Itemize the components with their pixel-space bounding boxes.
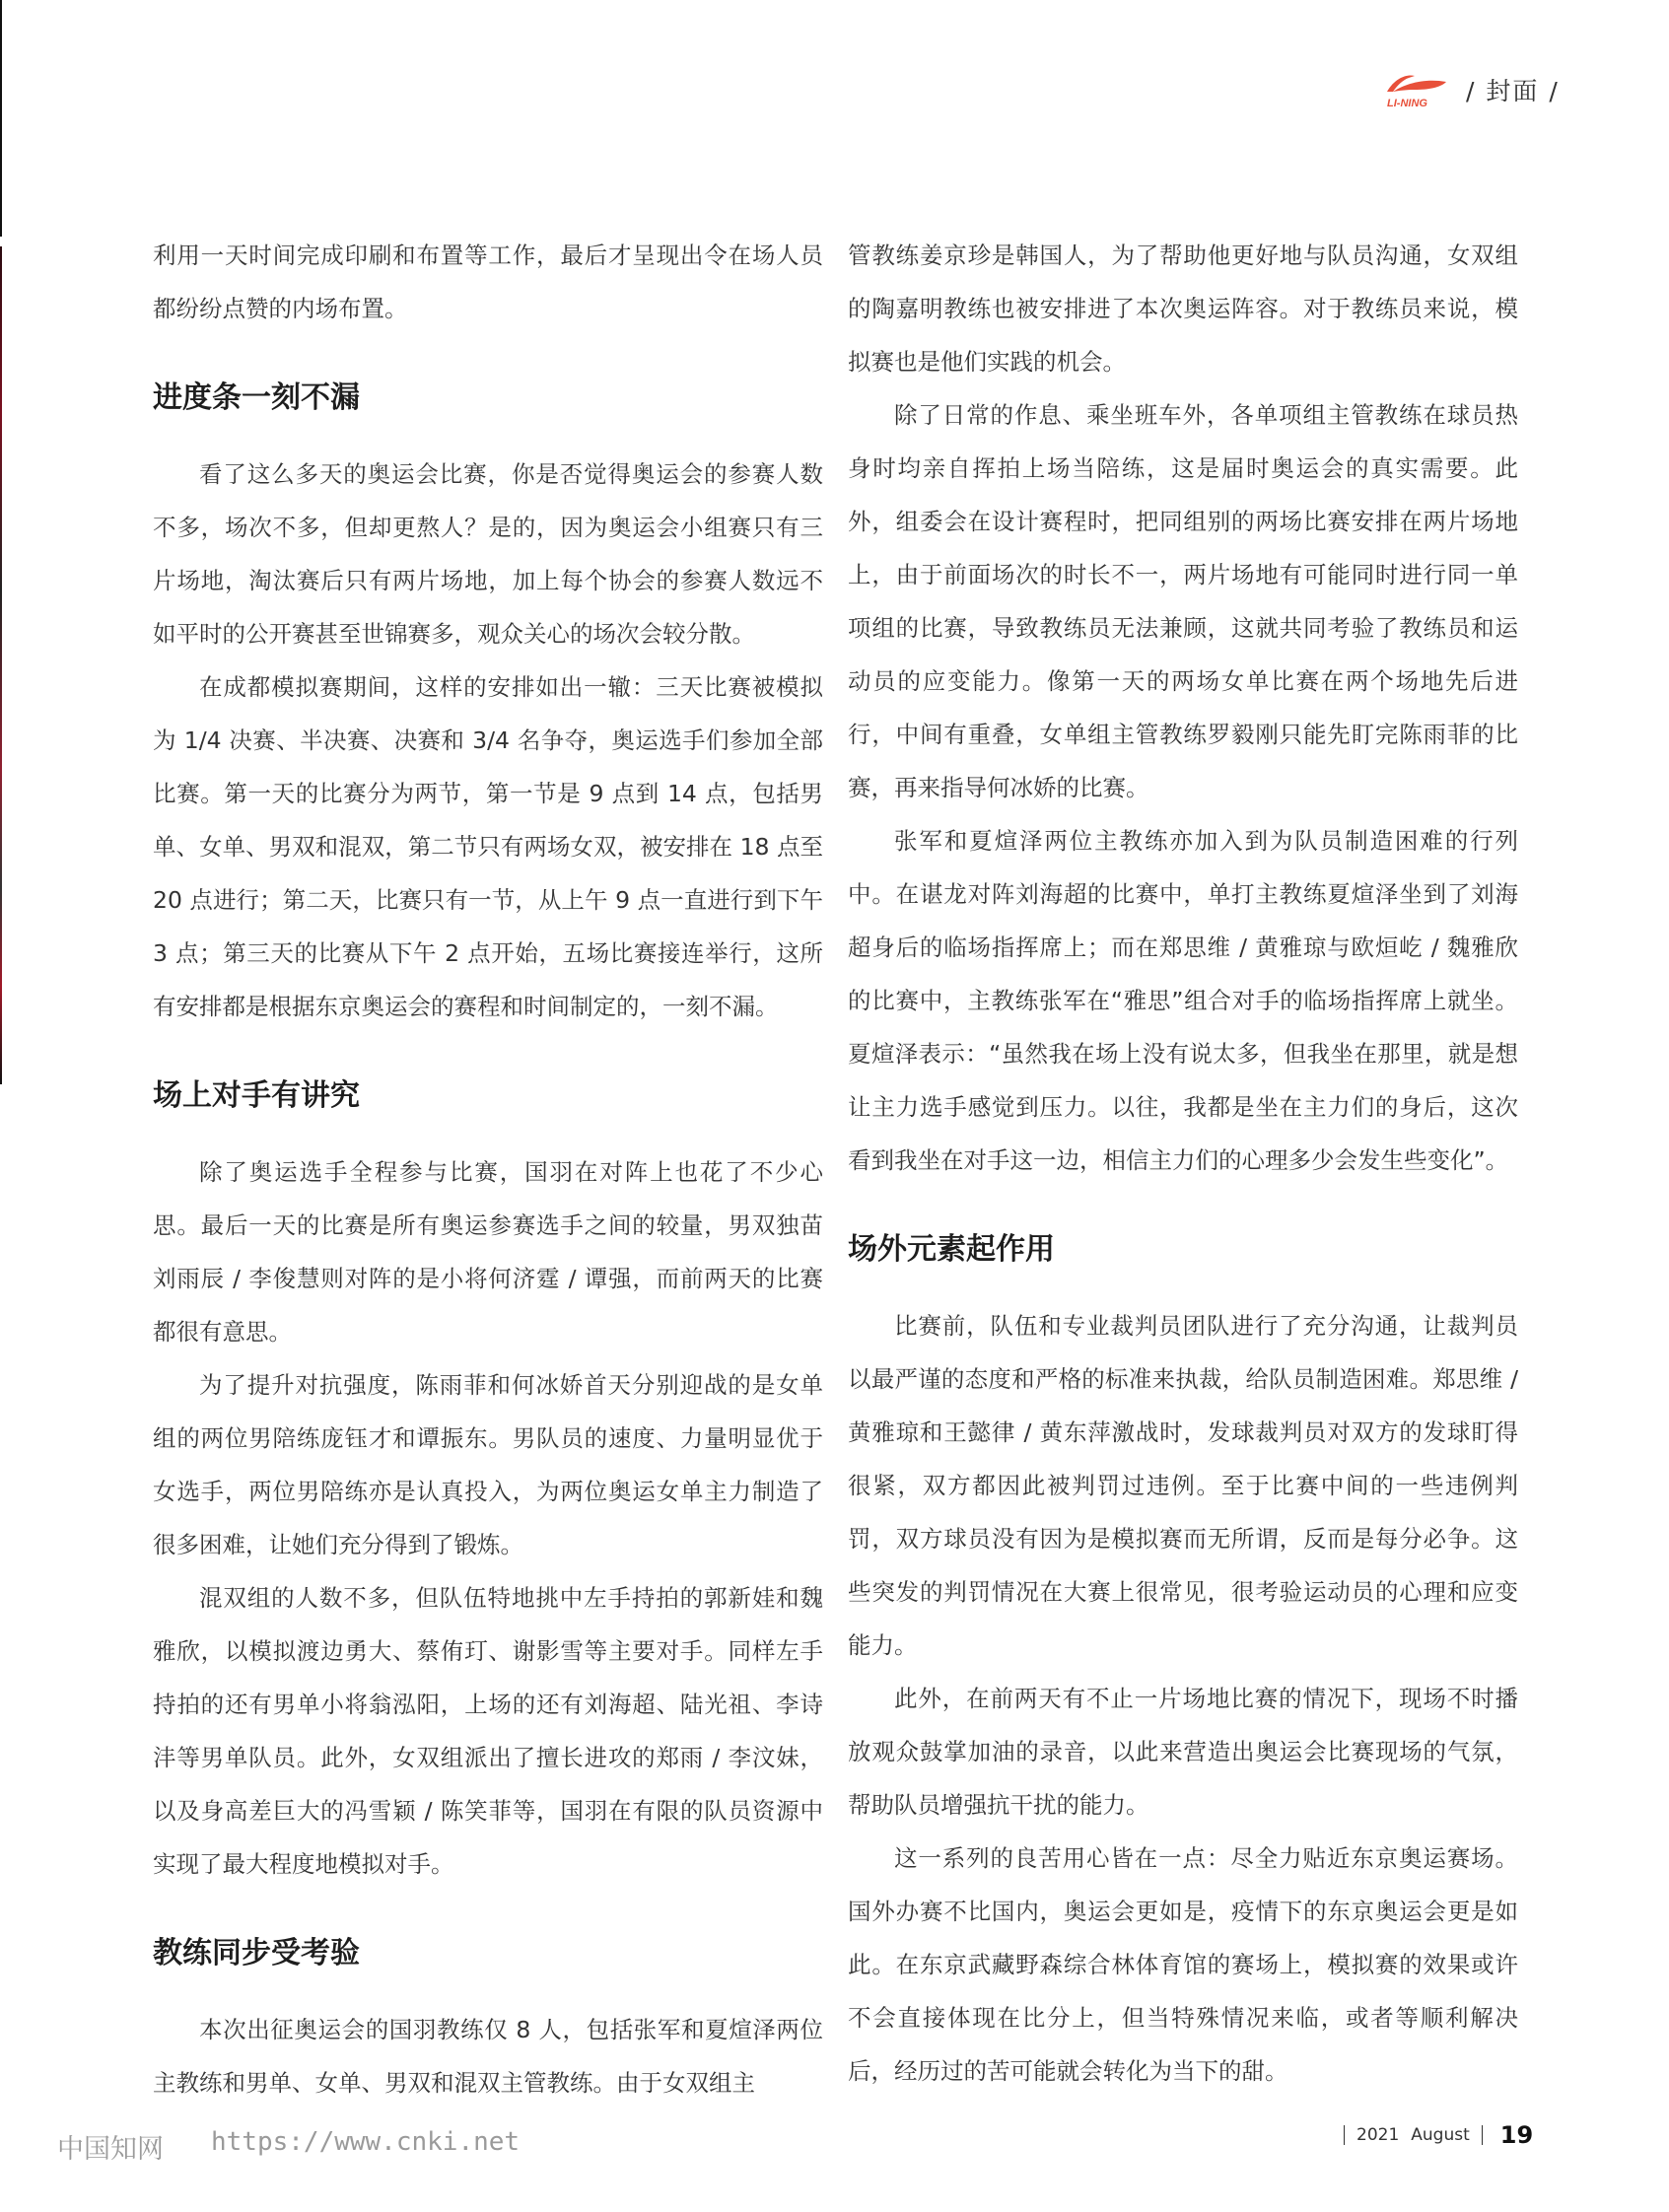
paragraph: 此外，在前两天有不止一片场地比赛的情况下，现场不时播放观众鼓掌加油的录音，以此来… — [848, 1672, 1518, 1832]
section-heading: 场上对手有讲究 — [153, 1067, 823, 1126]
page-footer: 2021 August 19 — [1344, 2121, 1533, 2149]
paragraph: 为了提升对抗强度，陈雨菲和何冰娇首天分别迎战的是女单组的两位男陪练庞钰才和谭振东… — [153, 1358, 823, 1571]
page-number: 19 — [1500, 2121, 1533, 2149]
paragraph: 在成都模拟赛期间，这样的安排如出一辙：三天比赛被模拟为 1/4 决赛、半决赛、决… — [153, 660, 823, 1033]
watermark-url[interactable]: https://www.cnki.net — [211, 2127, 520, 2166]
section-heading: 教练同步受考验 — [153, 1924, 823, 1983]
section-heading: 场外元素起作用 — [848, 1220, 1518, 1279]
paragraph: 混双组的人数不多，但队伍特地挑中左手持拍的郭新娃和魏雅欣，以模拟渡边勇大、蔡侑玎… — [153, 1571, 823, 1891]
paragraph: 这一系列的良苦用心皆在一点：尽全力贴近东京奥运赛场。国外办赛不比国内，奥运会更如… — [848, 1832, 1518, 2098]
section-heading: 进度条一刻不漏 — [153, 369, 823, 428]
svg-text:LI-NING: LI-NING — [1387, 98, 1427, 109]
paragraph: 除了奥运选手全程参与比赛，国羽在对阵上也花了不少心思。最后一天的比赛是所有奥运参… — [153, 1145, 823, 1358]
issue-month: August — [1411, 2125, 1470, 2145]
paragraph: 利用一天时间完成印刷和布置等工作，最后才呈现出令在场人员都纷纷点赞的内场布置。 — [153, 229, 823, 335]
paragraph: 张军和夏煊泽两位主教练亦加入到为队员制造困难的行列中。在谌龙对阵刘海超的比赛中，… — [848, 814, 1518, 1187]
page-edge-strip — [0, 0, 2, 1084]
right-column: 管教练姜京珍是韩国人，为了帮助他更好地与队员沟通，女双组的陶嘉明教练也被安排进了… — [848, 229, 1518, 2098]
page-header: LI-NING / 封面 / — [1385, 65, 1560, 114]
paragraph: 管教练姜京珍是韩国人，为了帮助他更好地与队员沟通，女双组的陶嘉明教练也被安排进了… — [848, 229, 1518, 388]
watermark-cn: 中国知网 — [57, 2127, 164, 2166]
paragraph: 本次出征奥运会的国羽教练仅 8 人，包括张军和夏煊泽两位主教练和男单、女单、男双… — [153, 2003, 823, 2109]
divider — [1482, 2125, 1483, 2145]
issue-year: 2021 — [1356, 2125, 1399, 2145]
watermark: 中国知网 https://www.cnki.net — [57, 2127, 520, 2166]
paragraph: 除了日常的作息、乘坐班车外，各单项组主管教练在球员热身时均亲自挥拍上场当陪练，这… — [848, 388, 1518, 814]
li-ning-logo-icon: LI-NING — [1385, 70, 1448, 109]
left-column: 利用一天时间完成印刷和布置等工作，最后才呈现出令在场人员都纷纷点赞的内场布置。 … — [153, 229, 823, 2109]
divider — [1344, 2125, 1345, 2145]
paragraph: 比赛前，队伍和专业裁判员团队进行了充分沟通，让裁判员以最严谨的态度和严格的标准来… — [848, 1299, 1518, 1672]
paragraph: 看了这么多天的奥运会比赛，你是否觉得奥运会的参赛人数不多，场次不多，但却更熬人？… — [153, 448, 823, 660]
section-tag: / 封面 / — [1466, 72, 1560, 107]
